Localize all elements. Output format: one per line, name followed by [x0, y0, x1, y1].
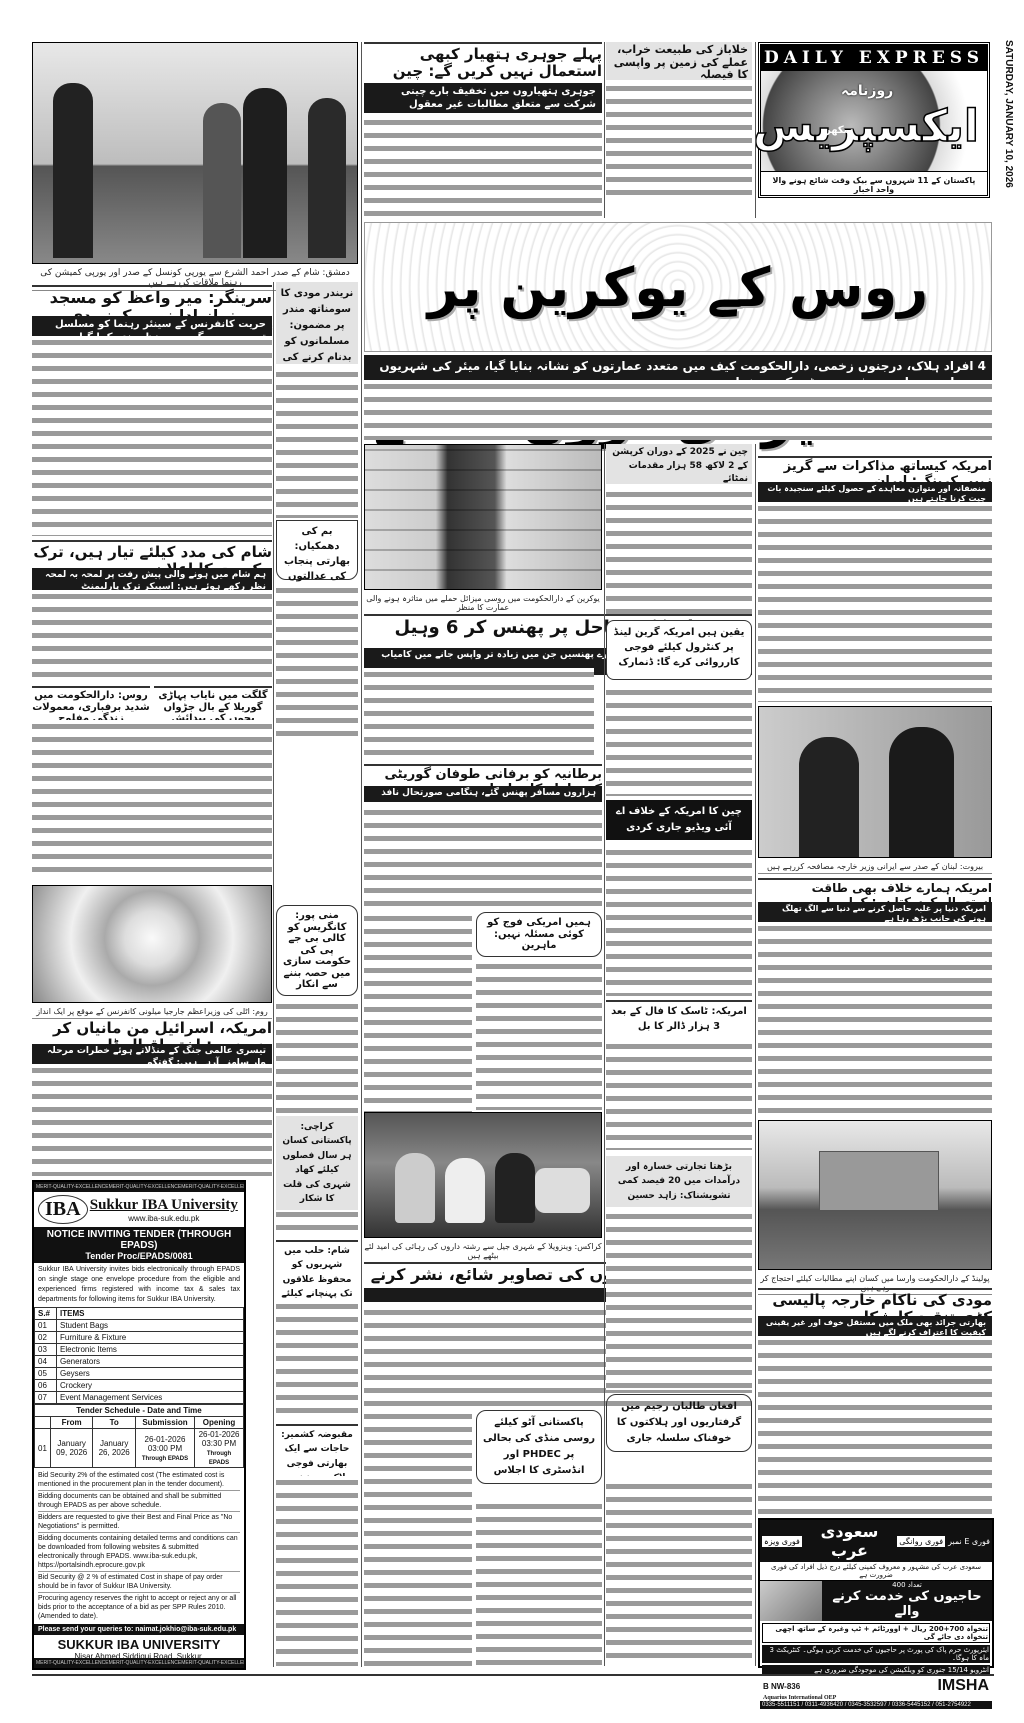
- column-divider: [604, 42, 605, 218]
- job-advertisement: فوری ویزہ سعودی عرب فوری روانگی فوری E ن…: [758, 1518, 994, 1668]
- ad-country: سعودی عرب: [805, 1522, 894, 1560]
- headline-china-2025: چین نے 2025 کے دوران کرپشن کے 2 لاکھ 58 …: [606, 444, 752, 489]
- ad-urgent: فوری روانگی: [897, 1536, 945, 1547]
- body-text: [276, 584, 358, 744]
- caption-kyiv: یوکرین کے دارالحکومت میں روسی میزائل حمل…: [364, 592, 602, 615]
- body-text: [476, 1500, 602, 1666]
- ad-headline: حاجیوں کی خدمت کرنے والے: [822, 1589, 992, 1619]
- body-text: [606, 488, 752, 618]
- headline-karachi-dharna: کراچی: پاکستانی کسان ہر سال فصلوں کیلئے …: [276, 1116, 358, 1210]
- issue-date: SATURDAY, JANUARY 10, 2026: [1000, 40, 1014, 188]
- body-text: [364, 116, 602, 234]
- headline-bjp-allies: منی پور: کانگریس کو کالی بی جے پی کی حکو…: [276, 905, 358, 996]
- body-text: [276, 368, 358, 518]
- body-text: [364, 912, 472, 1112]
- photo-meloni: [32, 885, 272, 1003]
- headline-space: خلاباز کی طبیعت خراب، عملے کی زمین پر وا…: [606, 42, 752, 84]
- tender-intro: Sukkur IBA University invites bids elect…: [34, 1263, 244, 1307]
- english-title: DAILY EXPRESS: [761, 45, 987, 71]
- schedule-table: Tender Schedule - Date and Time FromToSu…: [34, 1404, 244, 1468]
- body-text: [32, 336, 272, 536]
- headline-afghan-taliban: افغان طالبان رجیم میں گرفتاریوں اور ہلاک…: [606, 1394, 752, 1452]
- col-items: ITEMS: [57, 1308, 244, 1320]
- ad-photo: [760, 1581, 822, 1621]
- headline-poland: ہمیں امریکی فوج کو کوئی مسئلہ نہیں: ماہر…: [476, 912, 602, 957]
- ad-count: تعداد 400: [822, 1581, 992, 1589]
- body-text: [32, 1064, 272, 1176]
- body-text: [32, 590, 272, 680]
- story-greenland: یقین ہیں امریکہ گرین لینڈ پر کنٹرول کیلئ…: [606, 620, 752, 680]
- headline-kashmir: گلگت میں نایاب پہاڑی گوریلا کے بال جڑواں…: [154, 686, 272, 725]
- ad-salary: تنخواہ 700+200 ریال + اوورٹائم + ٹپ وغیر…: [762, 1623, 990, 1643]
- body-text: [606, 686, 752, 796]
- story-modi-somnath: نریندر مودی کا سومناتھ مندر پر مضمون: مس…: [276, 282, 358, 364]
- main-headline-banner: روس کے یوکرین پر 278 میزائل ڈرون حملے: [364, 222, 992, 352]
- queries-email[interactable]: Please send your queries to: naimat.jokh…: [34, 1624, 244, 1635]
- body-text: [364, 668, 594, 758]
- photo-caracas-prison: [364, 1112, 602, 1238]
- table-row: 01 January 09, 2026 January 26, 2026 26-…: [35, 1429, 244, 1468]
- ad-visa-label: فوری ویزہ: [762, 1536, 802, 1547]
- tender-reference: Tender Proc/EPADS/0081: [36, 1251, 242, 1261]
- masthead: DAILY EXPRESS روزنامہ ایکسپریس سکھر پاکس…: [758, 42, 990, 198]
- footer-university: SUKKUR IBA UNIVERSITY: [36, 1637, 242, 1652]
- photo-beirut-handshake: [758, 706, 992, 858]
- headline-russia-cold: روس: دارالحکومت میں شدید برفباری، معمولا…: [32, 686, 150, 725]
- table-row: 07Event Management Services: [35, 1392, 244, 1404]
- body-text: [758, 380, 992, 440]
- schedule-title: Tender Schedule - Date and Time: [35, 1405, 244, 1417]
- body-text: [606, 846, 752, 996]
- body-text: [758, 1336, 992, 1516]
- notice-title: NOTICE INVITING TENDER (THROUGH EPADS): [36, 1229, 242, 1251]
- caption-caracas: کراکس: وینزویلا کے شہری جیل سے رشتہ دارو…: [364, 1240, 602, 1263]
- masthead-logo-area: روزنامہ ایکسپریس سکھر: [761, 71, 987, 171]
- story-china-2025: چین نے 2025 کے دوران کرپشن کے 2 لاکھ 58 …: [606, 444, 752, 484]
- headline-phdec: پاکستانی آٹو کیلئے روسی منڈی کی بحالی پر…: [476, 1410, 602, 1484]
- body-text: [276, 1476, 358, 1666]
- ad-e-number: فوری E نمبر: [948, 1537, 990, 1546]
- university-name: Sukkur IBA University: [88, 1197, 240, 1214]
- subhead-china-nuclear: جوہری ہتھیاروں میں تخفیف بارے چینی شرکت …: [364, 83, 602, 113]
- urdu-roznama: روزنامہ: [841, 83, 893, 99]
- column-divider: [361, 42, 362, 1667]
- caption-beirut: بیروت: لبنان کے صدر سے ایرانی وزیر خارجہ…: [758, 860, 992, 874]
- caption-rome: روم: اٹلی کی وزیراعظم جارجیا میلونی کانف…: [32, 1005, 272, 1019]
- body-text: [606, 82, 752, 202]
- headline-china-ai: چین کا امریکہ کے خلاف اے آئی ویڈیو جاری …: [606, 800, 752, 840]
- masthead-tagline: پاکستان کے 11 شہروں سے بیک وقت شائع ہونے…: [761, 171, 987, 198]
- story-china-nuclear: پہلے جوہری ہتھیار کبھی استعمال نہیں کریں…: [364, 42, 602, 202]
- photo-poland-protest: [758, 1120, 992, 1270]
- ad-company: IMSHA: [937, 1677, 989, 1695]
- tender-advertisement: MERIT-QUALITY-EXCELLENCEMERIT-QUALITY-EX…: [32, 1180, 246, 1670]
- subhead-britain-storm: ہزاروں مسافر پھنس گئے، ہنگامی صورتحال نا…: [364, 786, 602, 802]
- table-row: 01Student Bags: [35, 1320, 244, 1332]
- table-row: 06Crockery: [35, 1380, 244, 1392]
- body-text: [606, 1040, 752, 1150]
- table-row: 02Furniture & Fixture: [35, 1332, 244, 1344]
- ad-intro: سعودی عرب کی مشہور و معروف کمپنی کیلئے د…: [760, 1562, 992, 1581]
- body-text: [32, 720, 272, 880]
- story-space: خلاباز کی طبیعت خراب، عملے کی زمین پر وا…: [606, 42, 752, 80]
- university-website[interactable]: www.iba-suk.edu.pk: [88, 1214, 240, 1223]
- ad-phones: 0335-5511151 / 0311-4936420 / 0345-35325…: [760, 1701, 992, 1709]
- body-text: [758, 922, 992, 1116]
- body-text: [606, 1210, 752, 1390]
- table-row: 05Geysers: [35, 1368, 244, 1380]
- body-text: [364, 1410, 472, 1666]
- column-divider: [755, 444, 756, 1666]
- urdu-logo: ایکسپریس: [753, 101, 979, 152]
- ad-border-text: MERIT-QUALITY-EXCELLENCEMERIT-QUALITY-EX…: [34, 1182, 244, 1192]
- body-text: [276, 1300, 358, 1420]
- body-text: [758, 502, 992, 702]
- column-divider: [755, 42, 756, 218]
- story-punjab-courts: بم کی دھمکیاں: بھارتی پنجاب کی عدالتوں م…: [276, 520, 358, 580]
- col-sn: S.#: [35, 1308, 57, 1320]
- page-bottom-rule: [32, 1674, 994, 1676]
- body-text: [476, 960, 602, 1110]
- table-row: 03Electronic Items: [35, 1344, 244, 1356]
- headline-pakistan-trade: بڑھتا تجارتی خسارہ اور درآمدات میں 20 فی…: [606, 1156, 752, 1207]
- headline-sindh-trial: امریکہ: ٹاسک کا فال کے بعد 3 ہزار ڈالر ک…: [606, 1000, 752, 1034]
- column-divider: [604, 444, 605, 1666]
- body-text: [606, 1480, 752, 1666]
- ad-border-text: MERIT-QUALITY-EXCELLENCEMERIT-QUALITY-EX…: [34, 1658, 244, 1668]
- photo-kyiv-building: [364, 444, 602, 590]
- ad-details: ایئرپورٹ حرم پاک کی پورٹ پر حاجیوں کی خد…: [762, 1645, 990, 1663]
- column-divider: [273, 282, 274, 1667]
- iba-logo: IBA: [38, 1195, 88, 1224]
- table-row: 04Generators: [35, 1356, 244, 1368]
- headline-greenland: یقین ہیں امریکہ گرین لینڈ پر کنٹرول کیلئ…: [607, 621, 751, 674]
- city-label: سکھر: [825, 125, 853, 136]
- photo-damascus-meeting: [32, 42, 358, 264]
- tender-terms: Bid Security 2% of the estimated cost (T…: [34, 1468, 244, 1624]
- items-table: S.#ITEMS 01Student Bags 02Furniture & Fi…: [34, 1307, 244, 1404]
- headline-china-nuclear: پہلے جوہری ہتھیار کبھی استعمال نہیں کریں…: [364, 42, 602, 81]
- ad-license: B NW-836: [763, 1682, 800, 1691]
- body-text: [364, 806, 602, 906]
